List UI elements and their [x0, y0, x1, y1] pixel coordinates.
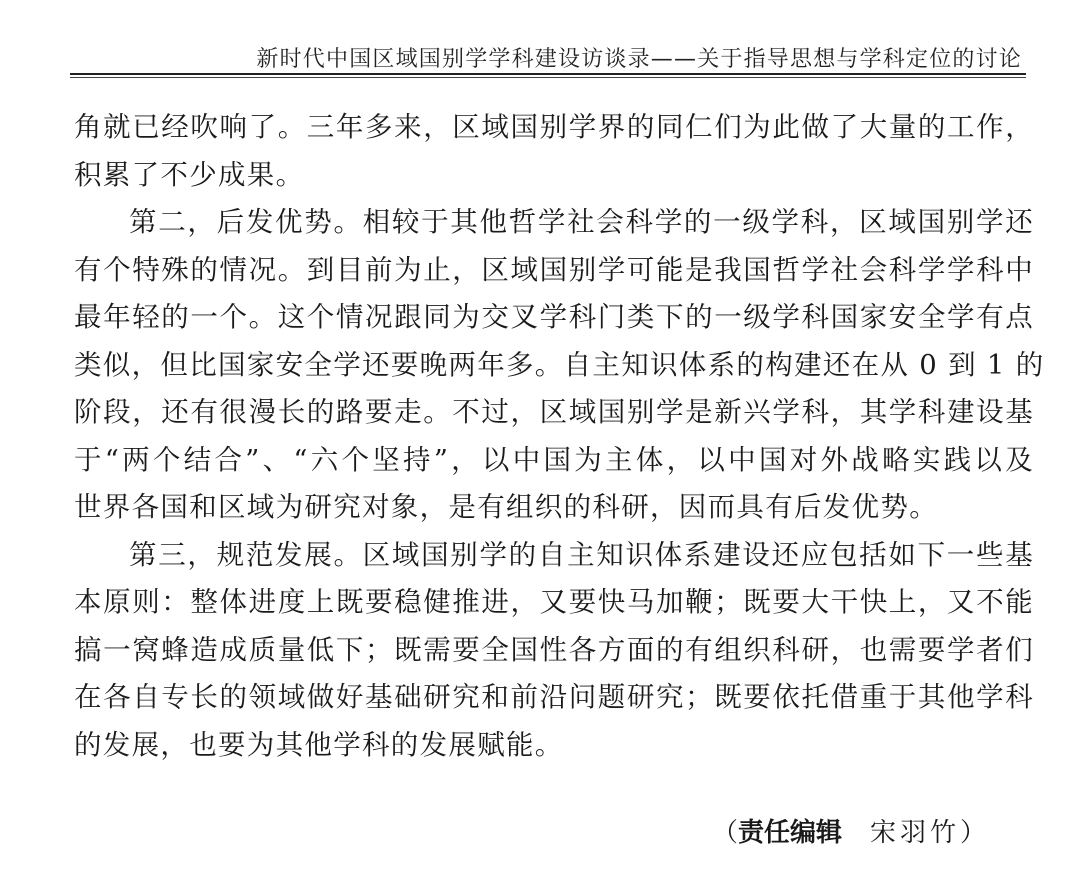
text-line: 第二，后发优势。相较于其他哲学社会科学的一级学科，区域国别学还: [74, 199, 1034, 247]
paragraph-second-advantage: 第二，后发优势。相较于其他哲学社会科学的一级学科，区域国别学还 有个特殊的情况。…: [74, 199, 1034, 532]
paragraph-continuation: 角就已经吹响了。三年多来，区域国别学界的同仁们为此做了大量的工作， 积累了不少成…: [74, 104, 1034, 199]
editor-name: 宋羽竹: [870, 818, 960, 848]
running-header: 新时代中国区域国别学学科建设访谈录——关于指导思想与学科定位的讨论: [70, 38, 1026, 78]
header-rule-thick: [70, 73, 1026, 75]
text-line: 本原则：整体进度上既要稳健推进，又要快马加鞭；既要大干快上，又不能: [74, 579, 1034, 627]
text-line: 于“两个结合”、“六个坚持”，以中国为主体，以中国对外战略实践以及: [74, 437, 1034, 485]
text-line: 最年轻的一个。这个情况跟同为交叉学科门类下的一级学科国家安全学有点: [74, 294, 1034, 342]
text-line: 搞一窝蜂造成质量低下；既需要全国性各方面的有组织科研，也需要学者们: [74, 627, 1034, 675]
editor-note-label: 责任编辑: [738, 818, 842, 848]
text-line: 的发展，也要为其他学科的发展赋能。: [74, 722, 1034, 770]
editor-note: （责任编辑宋羽竹）: [712, 812, 986, 849]
header-rule-thin: [70, 77, 1026, 78]
paragraph-third-standardized-development: 第三，规范发展。区域国别学的自主知识体系建设还应包括如下一些基 本原则：整体进度…: [74, 532, 1034, 770]
text-line: 在各自专长的领域做好基础研究和前沿问题研究；既要依托借重于其他学科: [74, 674, 1034, 722]
editor-note-open-paren: （: [712, 818, 738, 848]
text-line: 角就已经吹响了。三年多来，区域国别学界的同仁们为此做了大量的工作，: [74, 104, 1034, 152]
text-line: 类似，但比国家安全学还要晚两年多。自主知识体系的构建还在从 0 到 1 的: [74, 342, 1034, 390]
running-header-title: 新时代中国区域国别学学科建设访谈录——关于指导思想与学科定位的讨论: [256, 42, 1022, 73]
text-line: 阶段，还有很漫长的路要走。不过，区域国别学是新兴学科，其学科建设基: [74, 389, 1034, 437]
text-line: 世界各国和区域为研究对象，是有组织的科研，因而具有后发优势。: [74, 484, 1034, 532]
text-line: 第三，规范发展。区域国别学的自主知识体系建设还应包括如下一些基: [74, 532, 1034, 580]
body-text: 角就已经吹响了。三年多来，区域国别学界的同仁们为此做了大量的工作， 积累了不少成…: [74, 104, 1034, 769]
editor-note-close-paren: ）: [960, 818, 986, 848]
text-line: 积累了不少成果。: [74, 152, 1034, 200]
text-line: 有个特殊的情况。到目前为止，区域国别学可能是我国哲学社会科学学科中: [74, 247, 1034, 295]
